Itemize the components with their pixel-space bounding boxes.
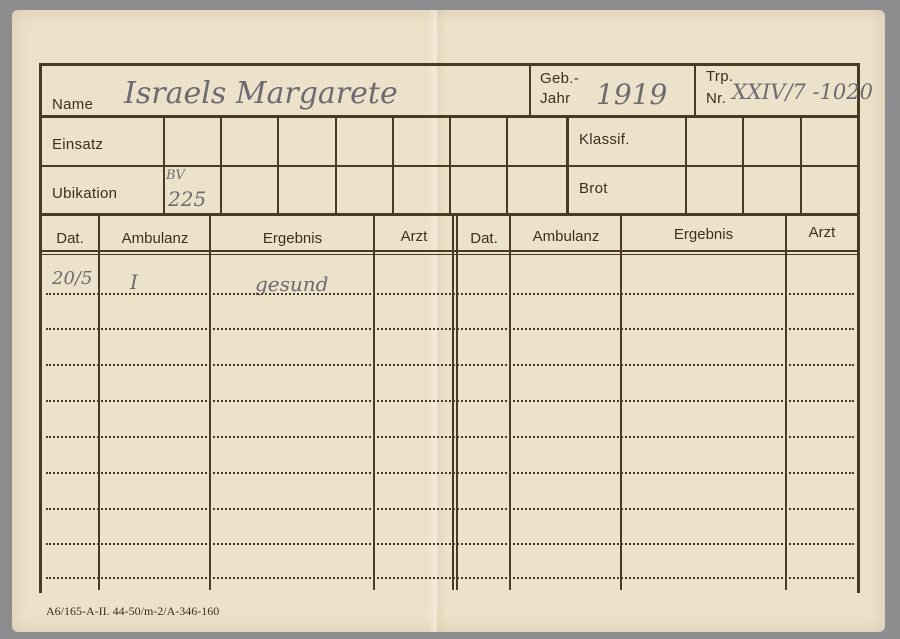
col-divider-double: [452, 215, 454, 590]
grid-line: [566, 117, 569, 215]
grid-line: [800, 117, 802, 215]
grid-line: [742, 117, 744, 215]
col-header-dat-right: Dat.: [458, 230, 510, 247]
divider: [529, 63, 531, 115]
col-line: [785, 215, 787, 590]
row-line: [39, 213, 859, 216]
grid-line: [277, 117, 279, 215]
birth-year-label-1: Geb.-: [540, 70, 579, 87]
dotted-row-line: [46, 508, 854, 510]
grid-line: [163, 117, 165, 215]
print-code: A6/165-A-II. 44-50/m-2/A-346-160: [46, 604, 219, 619]
frame-top: [39, 63, 859, 66]
dotted-row-line: [46, 293, 854, 295]
name-label: Name: [52, 96, 93, 113]
grid-line: [335, 117, 337, 215]
grid-line: [506, 117, 508, 215]
dotted-row-line: [46, 577, 854, 579]
dotted-row-line: [46, 400, 854, 402]
dotted-row-line: [46, 472, 854, 474]
col-header-ambulanz-right: Ambulanz: [511, 228, 621, 245]
transport-number-value: XXIV/7 -1020: [732, 80, 873, 104]
divider: [694, 63, 696, 115]
birth-year-value: 1919: [596, 78, 667, 111]
grid-line: [220, 117, 222, 215]
ubikation-value-1: BV: [166, 168, 185, 183]
klassif-label: Klassif.: [579, 131, 630, 148]
col-header-ergebnis-left: Ergebnis: [211, 230, 374, 247]
col-header-arzt-left: Arzt: [375, 228, 453, 245]
col-line: [509, 215, 511, 590]
header-line: [42, 250, 857, 252]
col-line: [620, 215, 622, 590]
col-line: [209, 215, 211, 590]
birth-year-label-2: Jahr: [540, 90, 570, 107]
dotted-row-line: [46, 328, 854, 330]
einsatz-label: Einsatz: [52, 136, 103, 153]
frame-left: [39, 63, 42, 593]
dotted-row-line: [46, 364, 854, 366]
transport-label-1: Trp.: [706, 68, 733, 85]
grid-line: [392, 117, 394, 215]
ubikation-label: Ubikation: [52, 185, 117, 202]
col-line: [373, 215, 375, 590]
col-header-ergebnis-right: Ergebnis: [622, 226, 785, 243]
brot-label: Brot: [579, 180, 608, 197]
transport-label-2: Nr.: [706, 90, 726, 107]
dotted-row-line: [46, 543, 854, 545]
grid-line: [449, 117, 451, 215]
name-value: Israels Margarete: [124, 76, 398, 111]
ubikation-value-2: 225: [168, 187, 206, 211]
header-line: [42, 254, 857, 255]
grid-line: [685, 117, 687, 215]
frame-right: [857, 63, 860, 593]
col-header-arzt-right: Arzt: [787, 224, 857, 241]
paper-fold: [428, 10, 446, 632]
entry-dat: 20/5: [52, 268, 92, 289]
col-header-dat-left: Dat.: [42, 230, 98, 247]
col-divider-double: [456, 215, 458, 590]
col-header-ambulanz-left: Ambulanz: [100, 230, 210, 247]
dotted-row-line: [46, 436, 854, 438]
col-line: [98, 215, 100, 590]
entry-ambulanz: I: [130, 270, 138, 294]
